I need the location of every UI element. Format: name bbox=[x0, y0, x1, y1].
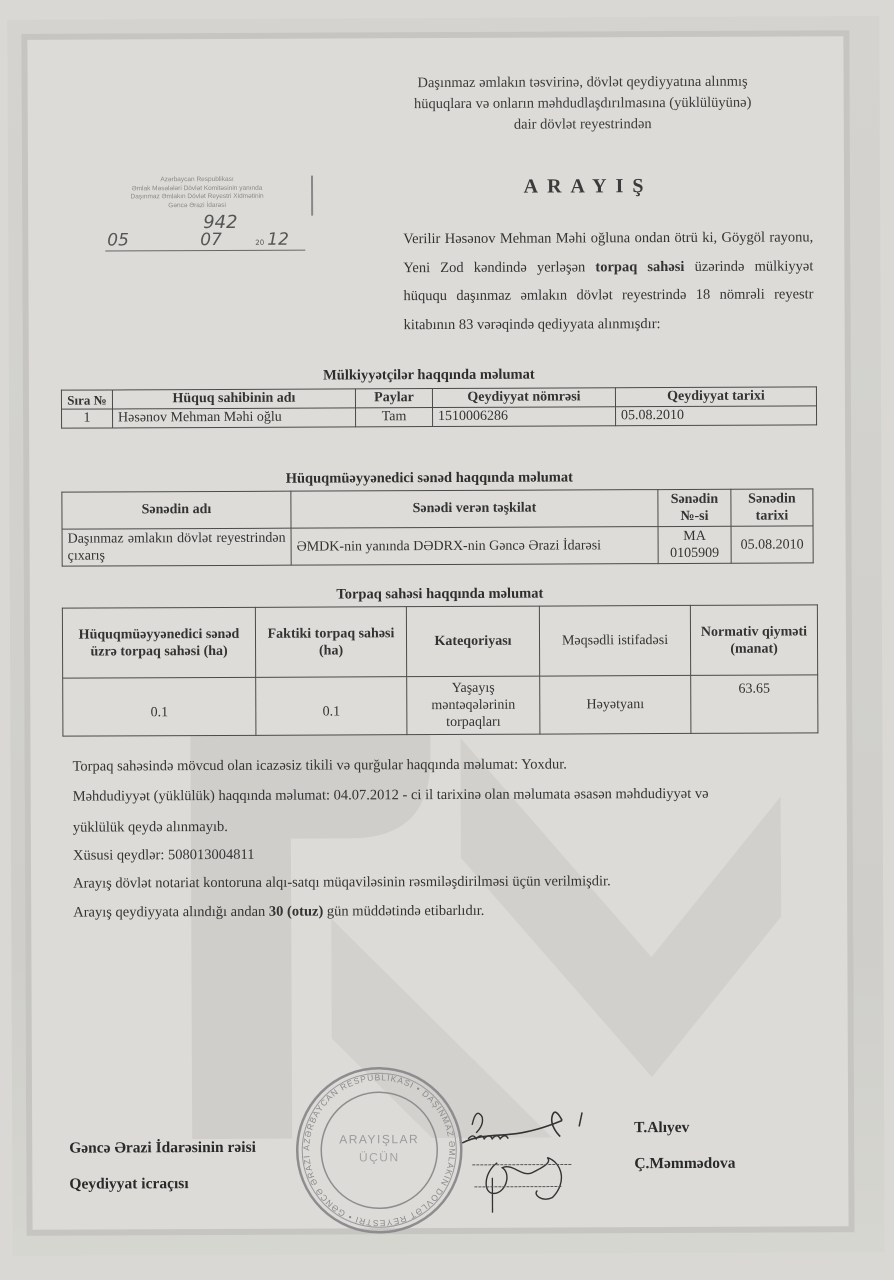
document-title: ARAYIŞ bbox=[498, 175, 678, 199]
intro-bold-text: torpaq sahəsi bbox=[595, 258, 684, 274]
svg-text:ARAYIŞLAR: ARAYIŞLAR bbox=[339, 1132, 419, 1146]
restriction-note-line2: yüklülük qeydə alınmayıb. bbox=[73, 816, 843, 836]
table-cell: 1510006286 bbox=[433, 407, 616, 427]
signatory-role-head: Gəncə Ərazi İdarəsinin rəisi bbox=[69, 1139, 256, 1158]
doc-table-title: Hüquqmüəyyənedici sənəd haqqında məlumat bbox=[259, 469, 599, 487]
registration-year: 12 bbox=[267, 230, 289, 250]
owners-table-title: Mülkiyyətçilər haqqında məlumat bbox=[309, 367, 549, 385]
official-seal-icon: AZƏRBAYCAN RESPUBLİKASI • DAŞINMAZ ƏMLAK… bbox=[294, 1061, 465, 1240]
table-cell: 05.08.2010 bbox=[616, 406, 817, 426]
validity-period: 30 (otuz) bbox=[269, 904, 323, 920]
registration-stamp: Azərbaycan Respublikası Əmlak Məsələləri… bbox=[83, 174, 315, 267]
column-header: Məqsədli istifadəsi bbox=[539, 605, 690, 676]
table-cell: ƏMDK-nin yanında DƏDRX-nin Gəncə Ərazi İ… bbox=[291, 527, 658, 566]
registration-stamp-text: Azərbaycan Respublikası Əmlak Məsələləri… bbox=[83, 176, 313, 217]
validity-text: gün müddətində etibarlıdır. bbox=[323, 903, 484, 920]
table-cell: 63.65 bbox=[691, 675, 818, 734]
column-header: Qeydiyyat nömrəsi bbox=[432, 388, 615, 408]
validity-text: Arayış qeydiyyata alındığı andan bbox=[73, 904, 269, 921]
restriction-note-line1: Məhdudiyyət (yüklülük) haqqında məlumat:… bbox=[73, 785, 843, 805]
document-page: Daşınmaz əmlakın təsvirinə, dövlət qeydi… bbox=[7, 16, 884, 1256]
column-header: Sənədin adı bbox=[62, 491, 291, 529]
legal-document-table: Sənədin adı Sənədi verən təşkilat Sənədi… bbox=[61, 488, 813, 566]
purpose-note: Arayış dövlət notariat kontoruna alqı-sa… bbox=[73, 872, 843, 892]
table-cell: Tam bbox=[356, 408, 433, 427]
registration-day: 05 bbox=[107, 230, 129, 250]
table-header-row: Sənədin adı Sənədi verən təşkilat Sənədi… bbox=[62, 489, 813, 529]
table-cell: 0.1 bbox=[256, 677, 407, 736]
table-row: 0.1 0.1 Yaşayış məntəqələrinin torpaqlar… bbox=[63, 675, 818, 736]
validity-note: Arayış qeydiyyata alındığı andan 30 (otu… bbox=[73, 901, 843, 921]
owners-table: Sıra № Hüquq sahibinin adı Paylar Qeydiy… bbox=[61, 386, 817, 428]
table-header-row: Hüquqmüəyyənedici sənəd üzrə torpaq sahə… bbox=[62, 605, 817, 678]
registration-month: 07 bbox=[200, 230, 222, 250]
table-cell: 0.1 bbox=[63, 677, 256, 736]
table-cell: Daşınmaz əmlakın dövlət reyestrindən çıx… bbox=[62, 528, 291, 566]
column-header: Hüquq sahibinin adı bbox=[112, 389, 355, 409]
unauthorized-structures-note: Torpaq sahəsində mövcud olan icazəsiz ti… bbox=[73, 755, 843, 775]
signatory-name-clerk: Ç.Məmmədova bbox=[634, 1155, 735, 1173]
land-plot-table: Hüquqmüəyyənedici sənəd üzrə torpaq sahə… bbox=[62, 604, 819, 736]
column-header: Sənədin tarixi bbox=[731, 489, 813, 526]
signatory-name-head: T.Alıyev bbox=[634, 1119, 689, 1137]
table-row: Daşınmaz əmlakın dövlət reyestrindən çıx… bbox=[62, 526, 813, 566]
signature-scribble-icon bbox=[452, 1102, 592, 1213]
table-cell: 05.08.2010 bbox=[731, 526, 813, 563]
column-header: Hüquqmüəyyənedici sənəd üzrə torpaq sahə… bbox=[62, 607, 255, 678]
land-table-title: Torpaq sahəsi haqqında məlumat bbox=[300, 585, 580, 603]
signatory-role-clerk: Qeydiyyat icraçısı bbox=[69, 1175, 188, 1194]
column-header: Normativ qiyməti (manat) bbox=[690, 605, 817, 676]
column-header: Sıra № bbox=[61, 390, 112, 409]
column-header: Sənədin №-si bbox=[658, 489, 731, 526]
header-line: Daşınmaz əmlakın təsvirinə, dövlət qeydi… bbox=[348, 71, 818, 94]
table-cell: MA 0105909 bbox=[658, 526, 731, 563]
table-cell: Yaşayış məntəqələrinin torpaqları bbox=[407, 676, 540, 735]
table-cell: Həyətyanı bbox=[540, 675, 691, 734]
table-row: 1 Həsənov Mehman Məhi oğlu Tam 151000628… bbox=[62, 406, 817, 428]
column-header: Paylar bbox=[355, 389, 432, 408]
registration-date: 05 07 20 12 bbox=[105, 230, 305, 252]
table-cell: Həsənov Mehman Məhi oğlu bbox=[113, 408, 356, 428]
table-cell: 1 bbox=[62, 409, 113, 428]
stamp-line: Gəncə Ərazi İdarəsi bbox=[83, 201, 311, 210]
special-notes: Xüsusi qeydlər: 508013004811 bbox=[73, 844, 843, 864]
document-header: Daşınmaz əmlakın təsvirinə, dövlət qeydi… bbox=[348, 71, 818, 136]
header-line: dair dövlət reyestrindən bbox=[348, 113, 818, 136]
column-header: Kateqoriyası bbox=[406, 606, 539, 677]
header-line: hüquqlara və onların məhdudlaşdırılmasın… bbox=[348, 92, 818, 115]
column-header: Qeydiyyat tarixi bbox=[615, 387, 816, 407]
svg-text:ÜÇÜN: ÜÇÜN bbox=[359, 1150, 400, 1164]
column-header: Sənədi verən təşkilat bbox=[291, 490, 658, 529]
registration-year-prefix: 20 bbox=[255, 239, 264, 247]
intro-paragraph: Verilir Həsənov Mehman Məhi oğluna ondan… bbox=[403, 223, 813, 339]
column-header: Faktiki torpaq sahəsi (ha) bbox=[255, 607, 406, 678]
